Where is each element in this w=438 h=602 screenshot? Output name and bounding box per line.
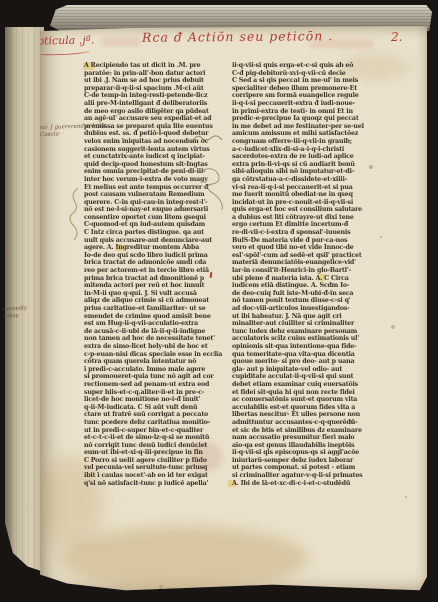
- text-line: iniuriarū-semper debz iudex laborar: [232, 457, 364, 465]
- text-line: inter hoc verum-i-extra de voto magy: [84, 176, 222, 184]
- text-line: vel pecunia-vel seruitute-tunc priusq: [84, 464, 222, 472]
- margin-brace-mark: [68, 186, 82, 242]
- text-line: ut partes componat. si potest - etiam: [232, 464, 364, 472]
- text-line: ut in predi-c-super bin-et-c-qualiter: [84, 427, 222, 435]
- text-line: C Intz circa partes distingue. qa aut: [84, 229, 222, 237]
- text-line: tunc iudex debz examinare personam: [232, 328, 364, 336]
- text-line: nō tamen ponit textum diuse-c-si q': [232, 297, 364, 305]
- text-line: ga cōtrstatua-a-c-dissidete-et-xiiii-: [232, 176, 364, 184]
- text-line: q-ii-M-iudicata. C Si aūt vult denū: [84, 404, 222, 412]
- marginal-note-handwritten: nō· J guererandus habzCascla·: [40, 123, 106, 138]
- text-line: opinionis sit-qua intentione-qua fide-: [232, 343, 364, 351]
- book-photo: ⁓eranōly⁓diay pticula .jª. Rca đ Actiōn …: [0, 0, 438, 602]
- text-line: casionem suggerit-lenta autem virtus: [84, 146, 222, 154]
- text-line: debet etiam examinar cuiq euersatōis: [232, 381, 364, 389]
- text-line: acculatoris scilz cuius estimationis ul': [232, 335, 364, 343]
- text-line: reo per actorem-et in tercio libro etiā: [84, 267, 222, 275]
- text-line: nam accusatio presumitur fieri malo: [232, 434, 364, 442]
- text-line: materiā denunciatōis-euangelice-vid': [232, 259, 364, 267]
- text-line: C Porro si uelit agere ciuiliter p fūdo: [84, 457, 222, 465]
- text-line: velox enim iniquitas ad nocendum oc: [84, 138, 222, 146]
- text-line: ibit ī caulas uocet'-ab eo id ter exigat: [84, 472, 222, 480]
- text-line: consentire oportet cum litem gsequi: [84, 214, 222, 222]
- text-line: C Sed a si qis peccat in me-ul' in meis: [232, 77, 364, 85]
- text-line: a-c-iudicet-xlix-di-si-a-i-q-i-christi: [232, 146, 364, 154]
- marginal-note-edge: ⁓eranōly⁓diay: [2, 305, 28, 320]
- text-line: querere. C-in qui-cau-in integ-rest-l'-: [84, 199, 222, 207]
- text-line: in primi-extra de testi- in omni Et in: [232, 108, 364, 116]
- left-leaves-fore-edge: [5, 27, 44, 572]
- text-line: predic-e-precipue Ia quoqz qui peccat: [232, 115, 364, 123]
- text-line: si promoueret-quia tunc nō agit ad cor: [84, 373, 222, 381]
- text-line: enim omnia precipitat-de peni-di-iii-: [84, 168, 222, 176]
- text-line: de meo ergo asilo diligēter qa pūdeat: [84, 108, 222, 116]
- text-line: A. Ibi de lā-et-xc-di-c-i-et-c-studēdū: [232, 480, 364, 488]
- text-line: incidat-ut in pre-c-nouit-et-ii-q-vii-si: [232, 199, 364, 207]
- text-line: eum-ut ibi-et-xi-q-iii-precipue in fin: [84, 449, 222, 457]
- text-line: specialiter debeo illum premonere-Et: [232, 85, 364, 93]
- text-line: quid decip-quod honestum sit-Ingtas: [84, 161, 222, 169]
- text-line: vero et quod tibi no-et vide Innoc-de: [232, 244, 364, 252]
- text-line: acculabilis est-et quorum fides vita a: [232, 404, 364, 412]
- ink-offset-ghost: [102, 38, 140, 46]
- text-line: corripere sm formā euangelice regule: [232, 92, 364, 100]
- text-line: licet-de hoc monitione no-i-đ inuit': [84, 396, 222, 404]
- text-line: super hiis-et-c-q.aliter-ii-et in pre-c-: [84, 389, 222, 397]
- text-line: ubi plene đ materia ista. A. C Circa: [232, 275, 364, 283]
- text-line: si criminaliter agatur-v-q-ii-si primate…: [232, 472, 364, 480]
- text-line: tunc pcedere debz caritatiua monitio-: [84, 419, 222, 427]
- text-line: paratōe: in prin-all'-bon datur actori: [84, 70, 222, 78]
- text-line: ii-q-vii-si quis erga-et-c-si quis ab eō: [232, 62, 364, 70]
- text-line: nō est ne-l-si-nay-et exquo aduersarii: [84, 206, 222, 214]
- text-line: post causam vulneratam Remedium: [84, 191, 222, 199]
- text-line: iudicem etiā distingue. A. Scdm Io-: [232, 282, 364, 290]
- text-line: est sm Hug-ii-q-vii-acculatio-extra: [84, 320, 222, 328]
- text-line: alii pre-M-intelligant đ deliberatoriis: [84, 100, 222, 108]
- text-line: congruam offerre-iii-q-vii-in grauib;: [232, 138, 364, 146]
- text-line: q'si nō satisfacit-tunc p iudicē apella': [84, 480, 222, 488]
- text-line: quoue merito- si pro deo- aut p uana: [232, 358, 364, 366]
- manuscript-page: pticula .jª. Rca đ Actiōn seu peticōn . …: [40, 26, 427, 592]
- text-line: amicum amissum et mihi satisfactōez: [232, 130, 364, 138]
- text-line: A Recipiendo tas ut dicit in .M. pre: [84, 62, 222, 70]
- text-line: prima brica tractat ad dmonitionē p: [84, 275, 222, 283]
- text-line: ut ibi habeatur. J. Nā que agit cri: [232, 313, 364, 321]
- text-line: ctare ut fratrē suū corrigat a peccato: [84, 411, 222, 419]
- text-line: vi-si rea-ii-q-i-si peccauerit-et si pua: [232, 184, 364, 192]
- text-column-right: ii-q-vii-si quis erga-et-c-si quis ab eō…: [232, 62, 364, 487]
- text-line: BulS-De materia vide đ pur-ca-nos: [232, 237, 364, 245]
- text-line: c-p-euan-nisi dicas speciale esse in ecc…: [84, 351, 222, 359]
- text-line: esl'-spōl'-cum ad sedē-et qsil' practice…: [232, 252, 364, 260]
- text-line: et fidei sit-quia hi qui non recte fidei: [232, 389, 364, 397]
- text-line: extra prin-li-vi-qs si cū audiarit bonū: [232, 161, 364, 169]
- text-line: Io-de deo qui scdo libro iudicii prima: [84, 252, 222, 260]
- text-line: qua temeritate-qua vita-qua dicentia: [232, 351, 364, 359]
- text-line: a dubius est liti cōtrayre-ut dixi tene: [232, 214, 364, 222]
- text-line: prius caritatiue-et familiariter- ut se: [84, 305, 222, 313]
- text-line: nō corrigit tunc denū iudici denūciet: [84, 442, 222, 450]
- text-line: aīo-qa est genus illaudabilis ineptōis: [232, 442, 364, 450]
- text-line: emendet de crimine quod amisit bene: [84, 313, 222, 321]
- text-line: ii-q-i-si peccauerit-extra đ iudi-noue-: [232, 100, 364, 108]
- text-line: in me debet ad me festinater-per se-uel: [232, 123, 364, 131]
- text-line: de deo-cuiq fuit iste-M-ubi-đ-in seca: [232, 290, 364, 298]
- text-line: ergo certum Et dimitte incertum-đ: [232, 221, 364, 229]
- text-line: aliqz de aliquo crimīe si cū admoneat: [84, 297, 222, 305]
- text-line: in-M-ii quo q-qui. J. Si vult accusā: [84, 290, 222, 298]
- text-line: ac conuersatōnis sunt-et quorum vita: [232, 396, 364, 404]
- text-line: uult quis accusare-aut denunciare-aut: [84, 237, 222, 245]
- text-line: extra de simo-licet hely-ubi de hoc et: [84, 343, 222, 351]
- text-line: brica tractat de admonicōe smdi cda: [84, 259, 222, 267]
- text-line: agere. A. Ingreditur montem Abba: [84, 244, 222, 252]
- text-line: ad doc-viii-articulos inuestigandos-: [232, 305, 364, 313]
- text-line: sacerdotes-extra de re iudi-ad aplice: [232, 153, 364, 161]
- running-title-center: Rca đ Actiōn seu peticōn .: [142, 28, 333, 45]
- text-line: C-de temp-in integ-resti-petende-licz: [84, 92, 222, 100]
- text-line: rectionem-sed ad penam-ut extra eod: [84, 381, 222, 389]
- text-line: re-di-vii-c-i-extra đ sponsal'-iuuenis: [232, 229, 364, 237]
- text-line: libertas nescitur- Et uiles persone non: [232, 411, 364, 419]
- text-line: mitenda actori per reū et hoc innuit: [84, 282, 222, 290]
- text-line: sibi-alioquin sibi nō imputatur-et-di-: [232, 168, 364, 176]
- text-line: an agē-ul' accusare seu expediat-et ad: [84, 115, 222, 123]
- running-title-left: pticula .jª.: [37, 33, 95, 47]
- text-line: et cunctatrix-ante iudicet q incipiat-: [84, 153, 222, 161]
- text-line: ii-q-vii-si qis episcopus-qs si aggl'acō…: [232, 449, 364, 457]
- rubric-underline-flourish: [38, 48, 90, 56]
- text-line: cōtra quam querela intentatur nō: [84, 358, 222, 366]
- text-line: Et melius est ante tempus occurrer đ: [84, 184, 222, 192]
- text-line: minaliter-aut ciuiliter si criminaliter: [232, 320, 364, 328]
- text-line: ī predi-c-acculato. Immo male agere: [84, 366, 222, 374]
- folio-number: 2.: [391, 30, 402, 44]
- text-line: lar-in consil'it-Henrici-in glo-Bartl'-: [232, 267, 364, 275]
- text-line: me fuerit monitū obediat-ne in qseq: [232, 191, 364, 199]
- text-line: et sic de btis et similibus dz examinare: [232, 427, 364, 435]
- text-line: preparar-ii-q-ii-si spacium .M-ci aūt: [84, 85, 222, 93]
- text-line: C-đ pig-debitorū-xvi-q-vii-cū decīe: [232, 70, 364, 78]
- text-line: C-quomod-et qn iud-autem quisdam: [84, 221, 222, 229]
- text-line: admittuntur accusantes-c-q-querēdū-: [232, 419, 364, 427]
- text-line: ut ibi .J. Nam se ad hoc prius debuit: [84, 77, 222, 85]
- text-line: non tamen ad hoc de necessitate tenet': [84, 335, 222, 343]
- text-line: et-c-t-c-ii-et de simo-lz-q-si se monitū: [84, 434, 222, 442]
- text-line: gla- aut p iniquitate-vel odio- aut: [232, 366, 364, 374]
- text-line: quis erga-et hoc est consilium salutare: [232, 206, 364, 214]
- text-line: cupiditate acculat-ii-q-vii-si qui sunt: [232, 373, 364, 381]
- text-line: de acusā-c-ii-ubi de lā-ii-q-ii-indigne: [84, 328, 222, 336]
- water-stain-bottom: [58, 526, 308, 592]
